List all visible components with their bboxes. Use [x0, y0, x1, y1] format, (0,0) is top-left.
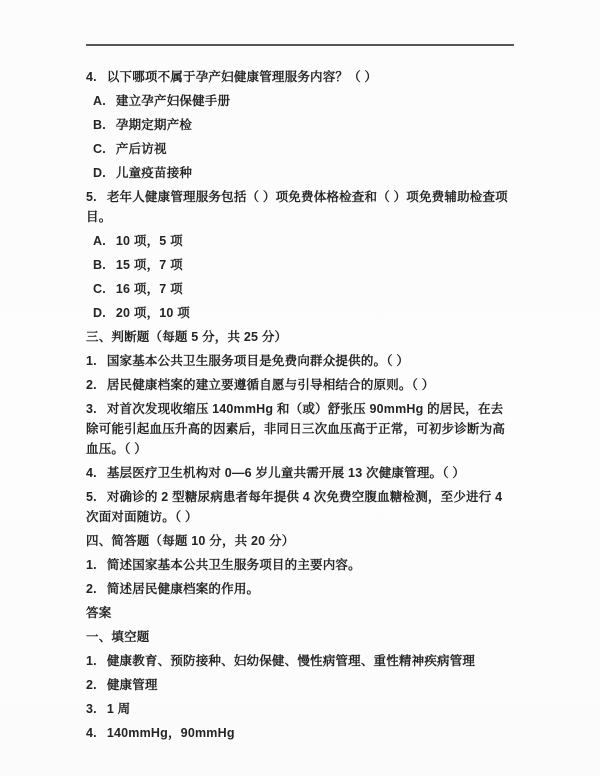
top-divider-line [86, 44, 514, 46]
choice-question-5: 5.老年人健康管理服务包括（ ）项免费体格检查和（ ）项免费辅助检查项目。 A.… [86, 187, 514, 323]
short-answer-item-1: 1.简述国家基本公共卫生服务项目的主要内容。 [86, 555, 514, 575]
option-letter: B. [93, 258, 106, 272]
item-number: 1. [86, 558, 97, 572]
answer-item-1: 1.健康教育、预防接种、妇幼保健、慢性病管理、重性精神疾病管理 [86, 651, 514, 671]
option-letter: B. [93, 118, 106, 132]
option-d: D.儿童疫苗接种 [86, 163, 514, 183]
judgment-item-5: 5.对确诊的 2 型糖尿病患者每年提供 4 次免费空腹血糖检测，至少进行 4 次… [86, 487, 514, 527]
document-content: 4.以下哪项不属于孕产妇健康管理服务内容？（ ） A.建立孕产妇保健手册 B.孕… [86, 67, 514, 743]
option-letter: D. [93, 306, 106, 320]
item-number: 2. [86, 678, 97, 692]
option-letter: A. [93, 94, 106, 108]
answer-item-3: 3.1 周 [86, 699, 514, 719]
answer-item-2: 2.健康管理 [86, 675, 514, 695]
item-number: 3. [86, 702, 97, 716]
section-heading: 三、判断题（每题 5 分，共 25 分） [86, 327, 514, 347]
short-answer-item-2: 2.简述居民健康档案的作用。 [86, 579, 514, 599]
option-text: 16 项，7 项 [116, 282, 183, 296]
section-heading: 四、简答题（每题 10 分，共 20 分） [86, 531, 514, 551]
option-b: B.15 项，7 项 [86, 255, 514, 275]
item-number: 4. [86, 726, 97, 740]
option-d: D.20 项，10 项 [86, 303, 514, 323]
judgment-item-2: 2.居民健康档案的建立要遵循自愿与引导相结合的原则。（ ） [86, 375, 514, 395]
item-text: 1 周 [107, 702, 131, 716]
option-letter: C. [93, 282, 106, 296]
option-text: 孕期定期产检 [116, 118, 192, 132]
option-letter: A. [93, 234, 106, 248]
item-number: 5. [86, 490, 97, 504]
question-number: 5. [86, 190, 97, 204]
fill-in-heading: 一、填空题 [86, 627, 514, 647]
option-c: C.16 项，7 项 [86, 279, 514, 299]
option-text: 10 项，5 项 [116, 234, 183, 248]
answer-item-4: 4.140mmHg，90mmHg [86, 723, 514, 743]
option-letter: D. [93, 166, 106, 180]
option-text: 20 项，10 项 [116, 306, 190, 320]
option-c: C.产后访视 [86, 139, 514, 159]
option-text: 儿童疫苗接种 [116, 166, 192, 180]
item-number: 3. [86, 402, 97, 416]
option-letter: C. [93, 142, 106, 156]
document-page: 4.以下哪项不属于孕产妇健康管理服务内容？（ ） A.建立孕产妇保健手册 B.孕… [0, 0, 600, 776]
item-number: 1. [86, 354, 97, 368]
answers-title: 答案 [86, 603, 514, 623]
judgment-item-3: 3.对首次发现收缩压 140mmHg 和（或）舒张压 90mmHg 的居民，在去… [86, 399, 514, 459]
short-answer-section: 四、简答题（每题 10 分，共 20 分） 1.简述国家基本公共卫生服务项目的主… [86, 531, 514, 599]
option-text: 产后访视 [116, 142, 167, 156]
question-number: 4. [86, 70, 97, 84]
item-number: 1. [86, 654, 97, 668]
item-text: 基层医疗卫生机构对 0—6 岁儿童共需开展 13 次健康管理。（ ） [107, 466, 465, 480]
item-number: 4. [86, 466, 97, 480]
item-text: 简述居民健康档案的作用。 [107, 582, 259, 596]
judgment-section: 三、判断题（每题 5 分，共 25 分） 1.国家基本公共卫生服务项目是免费向群… [86, 327, 514, 527]
option-a: A.10 项，5 项 [86, 231, 514, 251]
option-text: 建立孕产妇保健手册 [116, 94, 230, 108]
item-text: 健康管理 [107, 678, 158, 692]
item-text: 国家基本公共卫生服务项目是免费向群众提供的。（ ） [107, 354, 409, 368]
document-body: 4.以下哪项不属于孕产妇健康管理服务内容？（ ） A.建立孕产妇保健手册 B.孕… [86, 0, 514, 747]
item-text: 简述国家基本公共卫生服务项目的主要内容。 [107, 558, 361, 572]
item-text: 对首次发现收缩压 140mmHg 和（或）舒张压 90mmHg 的居民，在去除可… [86, 402, 505, 456]
item-text: 居民健康档案的建立要遵循自愿与引导相结合的原则。（ ） [107, 378, 435, 392]
option-text: 15 项，7 项 [116, 258, 183, 272]
item-number: 2. [86, 582, 97, 596]
answers-section: 答案 一、填空题 1.健康教育、预防接种、妇幼保健、慢性病管理、重性精神疾病管理… [86, 603, 514, 743]
item-text: 140mmHg，90mmHg [107, 726, 235, 740]
item-number: 2. [86, 378, 97, 392]
judgment-item-4: 4.基层医疗卫生机构对 0—6 岁儿童共需开展 13 次健康管理。（ ） [86, 463, 514, 483]
question-text: 老年人健康管理服务包括（ ）项免费体格检查和（ ）项免费辅助检查项目。 [86, 190, 508, 224]
item-text: 健康教育、预防接种、妇幼保健、慢性病管理、重性精神疾病管理 [107, 654, 475, 668]
question-stem: 4.以下哪项不属于孕产妇健康管理服务内容？（ ） [86, 67, 514, 87]
choice-question-4: 4.以下哪项不属于孕产妇健康管理服务内容？（ ） A.建立孕产妇保健手册 B.孕… [86, 67, 514, 183]
item-text: 对确诊的 2 型糖尿病患者每年提供 4 次免费空腹血糖检测，至少进行 4 次面对… [86, 490, 502, 524]
judgment-item-1: 1.国家基本公共卫生服务项目是免费向群众提供的。（ ） [86, 351, 514, 371]
option-b: B.孕期定期产检 [86, 115, 514, 135]
question-text: 以下哪项不属于孕产妇健康管理服务内容？（ ） [107, 70, 377, 84]
option-a: A.建立孕产妇保健手册 [86, 91, 514, 111]
question-stem: 5.老年人健康管理服务包括（ ）项免费体格检查和（ ）项免费辅助检查项目。 [86, 187, 514, 227]
